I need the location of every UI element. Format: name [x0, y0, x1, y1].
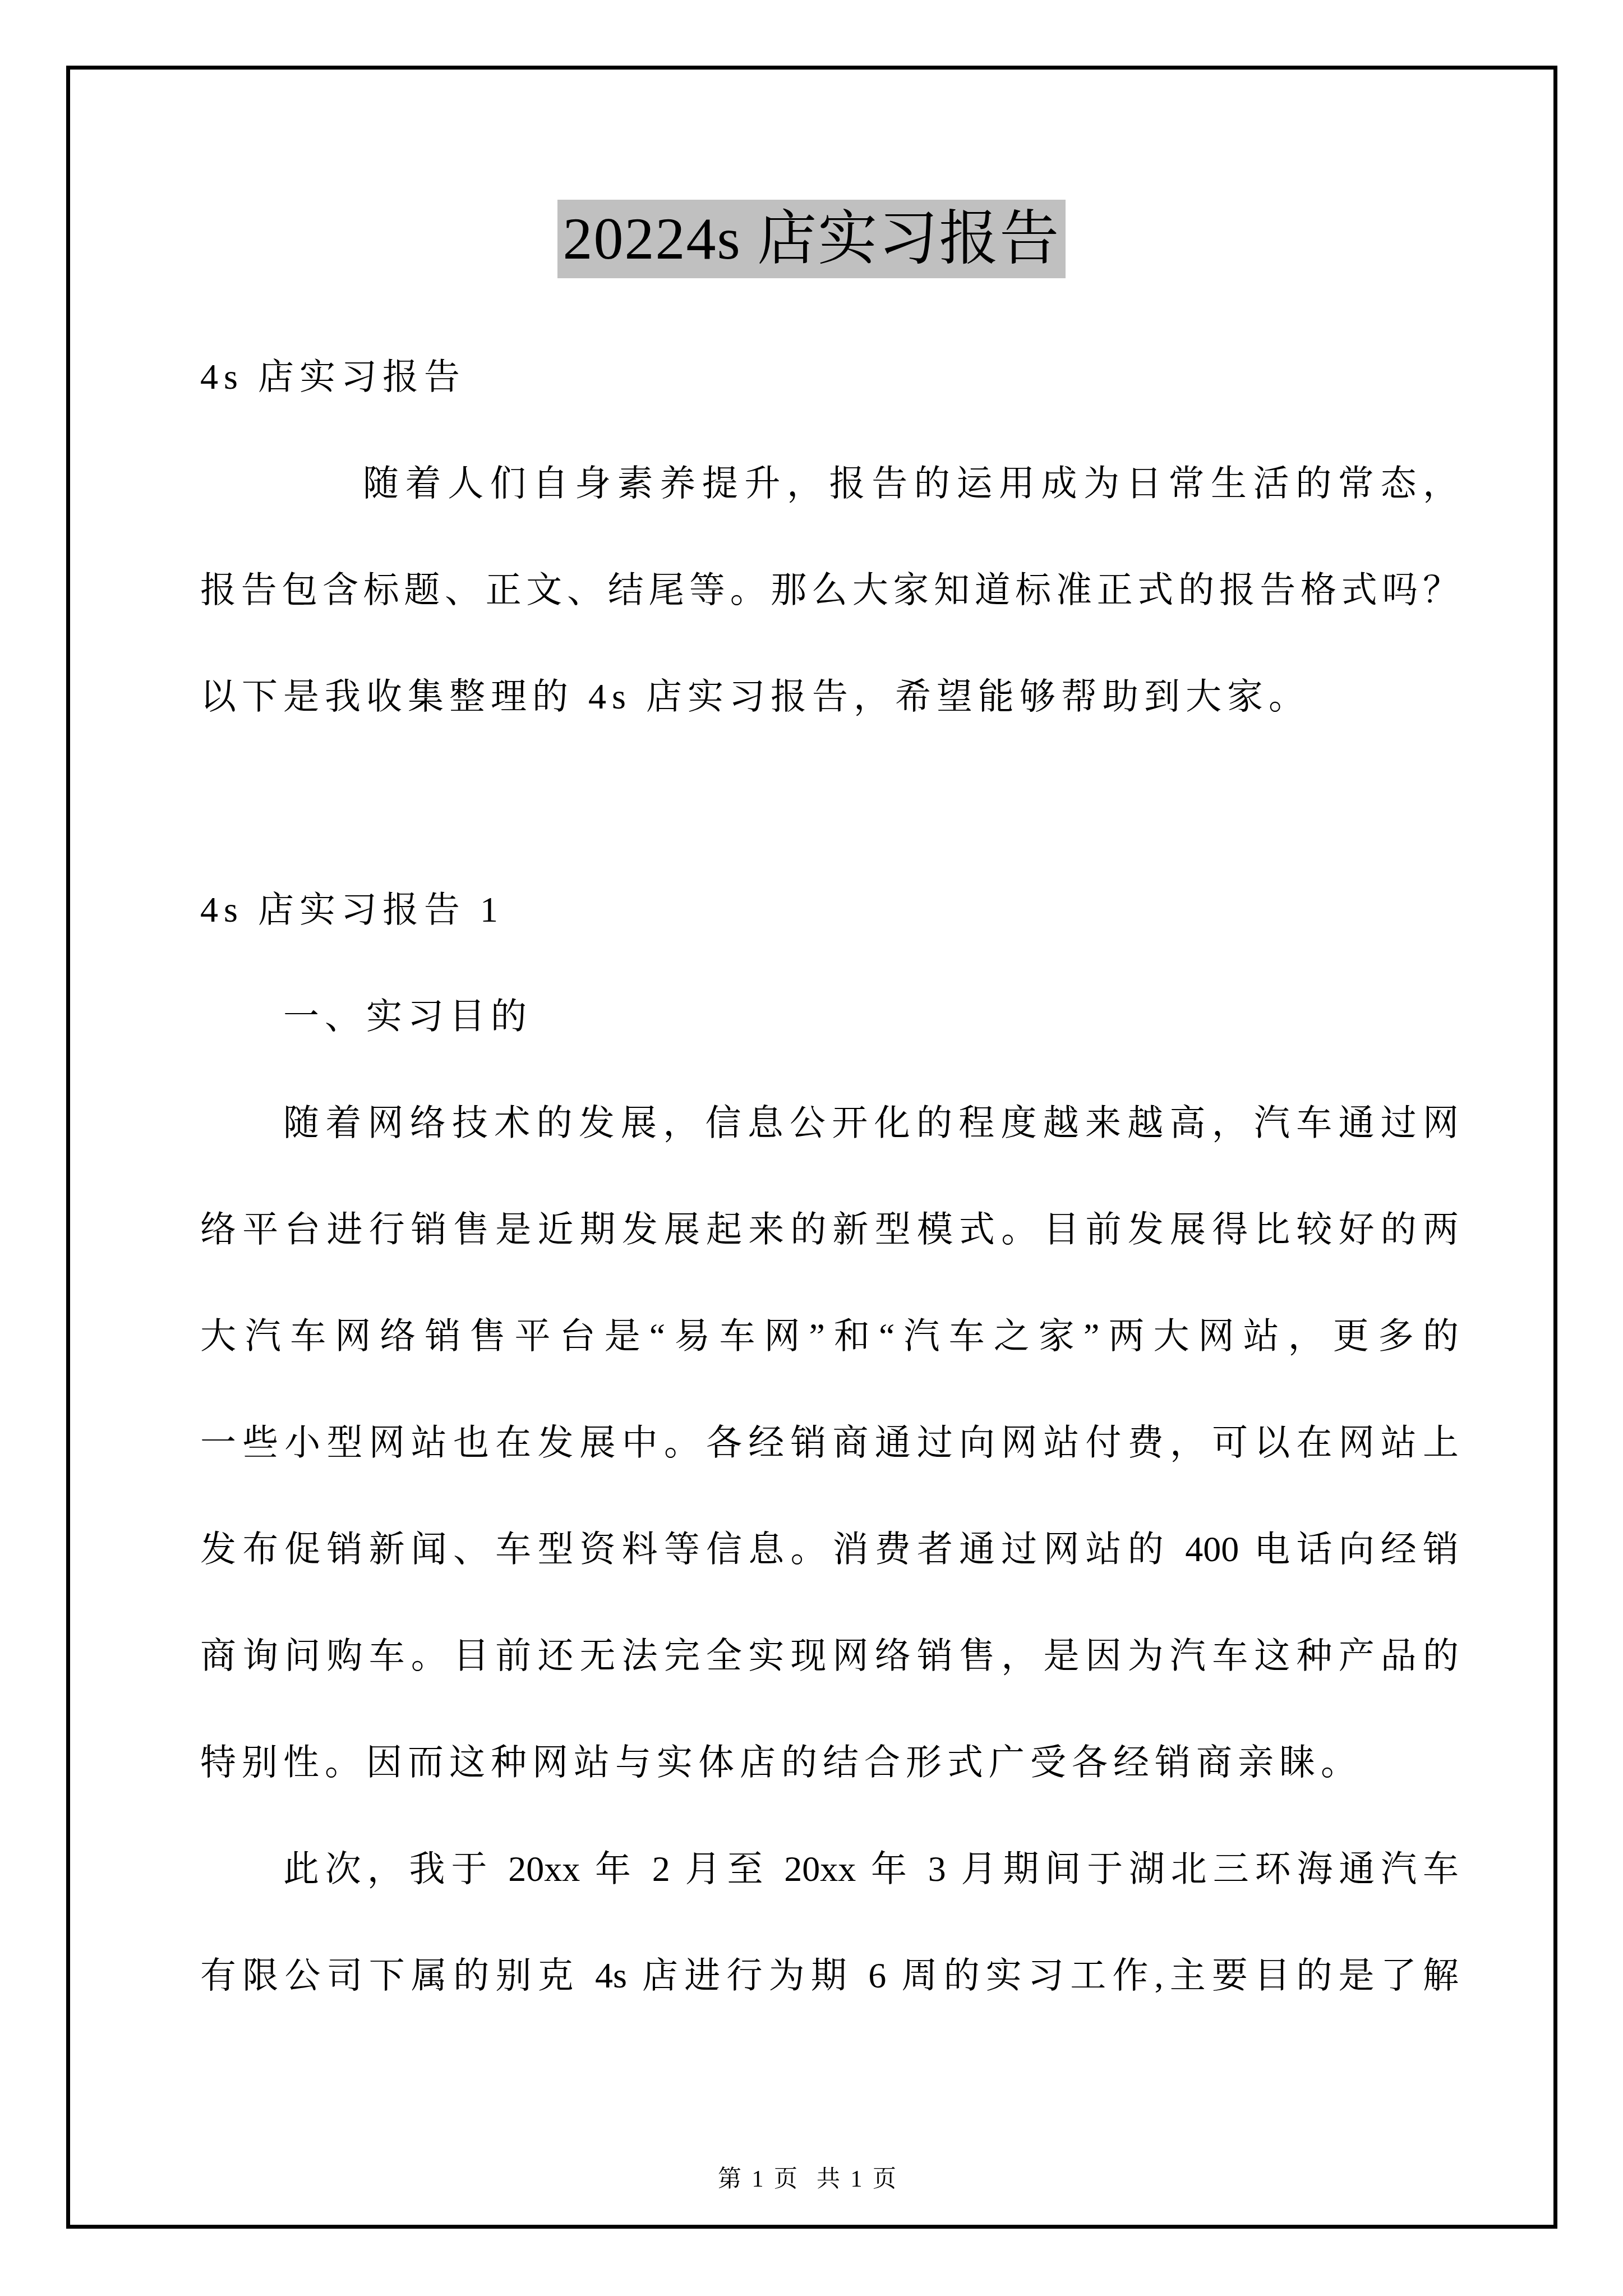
document-subtitle: 4s 店实习报告 — [200, 352, 1459, 402]
title-row: 20224s 店实习报告 — [0, 200, 1623, 278]
document-line: 大汽车网络销售平台是“易车网”和“汽车之家”两大网站，更多的 — [200, 1311, 1459, 1361]
document-line: 一些小型网站也在发展中。各经销商通过向网站付费，可以在网站上 — [200, 1418, 1459, 1468]
document-line: 发布促销新闻、车型资料等信息。消费者通过网站的 400 电话向经销 — [200, 1524, 1459, 1575]
document-line: 特别性。因而这种网站与实体店的结合形式广受各经销商亲睐。 — [200, 1737, 1459, 1788]
document-title: 20224s 店实习报告 — [557, 200, 1066, 278]
section-heading: 4s 店实习报告 1 — [200, 885, 1459, 935]
document-line: 此次，我于 20xx 年 2 月至 20xx 年 3 月期间于湖北三环海通汽车 — [200, 1844, 1459, 1894]
document-line: 有限公司下属的别克 4s 店进行为期 6 周的实习工作,主要目的是了解 — [200, 1950, 1459, 2001]
page-footer: 第 1 页共 1 页 — [0, 2129, 1603, 2230]
document-page: 20224s 店实习报告 4s 店实习报告 随着人们自身素养提升，报告的运用成为… — [0, 0, 1623, 2296]
page-total-label: 共 1 页 — [817, 2166, 898, 2192]
document-line: 随着网络技术的发展，信息公开化的程度越来越高，汽车通过网 — [200, 1098, 1459, 1148]
document-line: 商询问购车。目前还无法完全实现网络销售，是因为汽车这种产品的 — [200, 1631, 1459, 1681]
document-line: 络平台进行销售是近期发展起来的新型模式。目前发展得比较好的两 — [200, 1204, 1459, 1255]
document-line: 以下是我收集整理的 4s 店实习报告，希望能够帮助到大家。 — [200, 671, 1459, 722]
document-line: 报告包含标题、正文、结尾等。那么大家知道标准正式的报告格式吗？ — [200, 565, 1459, 615]
page-number-label: 第 1 页 — [718, 2166, 800, 2192]
section-subheading: 一、实习目的 — [200, 991, 1459, 1042]
document-line: 随着人们自身素养提升，报告的运用成为日常生活的常态， — [200, 458, 1459, 509]
